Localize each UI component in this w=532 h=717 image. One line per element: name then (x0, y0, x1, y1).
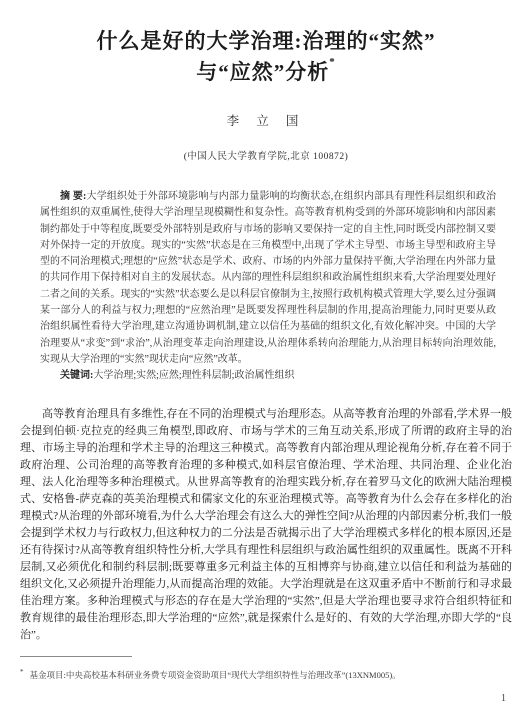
footnote-divider (20, 656, 132, 657)
abstract-label: 摘 要: (60, 191, 86, 202)
keywords-text: 大学治理;实然;应然;理性科层制;政治属性组织 (93, 370, 294, 381)
paper-page: 什么是好的大学治理:治理的“实然” 与“应然”分析* 李 立 国 (中国人民大学… (0, 0, 532, 717)
keywords-paragraph: 关键词:大学治理;实然;应然;理性科层制;政治属性组织 (40, 368, 496, 384)
author-affiliation: (中国人民大学教育学院,北京 100872) (0, 148, 532, 162)
page-number: 1 (501, 693, 506, 704)
footnote-text: 基金项目:中央高校基本科研业务费专项资金资助项目“现代大学组织特性与治理改革”(… (30, 670, 401, 680)
abstract-text: 大学组织处于外部环境影响与内部力量影响的均衡状态,在组织内部具有理性科层组织和政… (40, 191, 496, 365)
title-line-2-text: 与“应然”分析 (196, 60, 329, 84)
abstract-paragraph: 摘 要:大学组织处于外部环境影响与内部力量影响的均衡状态,在组织内部具有理性科层… (40, 189, 496, 368)
body-paragraph: 高等教育治理具有多维性,存在不同的治理模式与治理形态。从高等教育治理的外部看,学… (20, 406, 512, 644)
footnote-area: *基金项目:中央高校基本科研业务费专项资金资助项目“现代大学组织特性与治理改革”… (20, 656, 512, 681)
author-name: 李 立 国 (0, 111, 532, 129)
paper-title: 什么是好的大学治理:治理的“实然” 与“应然”分析* (30, 26, 502, 88)
title-footnote-marker: * (329, 56, 336, 68)
footnote-text-line: *基金项目:中央高校基本科研业务费专项资金资助项目“现代大学组织特性与治理改革”… (20, 666, 512, 681)
abstract-block: 摘 要:大学组织处于外部环境影响与内部力量影响的均衡状态,在组织内部具有理性科层… (40, 189, 496, 385)
footnote-marker: * (20, 668, 24, 676)
title-line-2: 与“应然”分析* (196, 60, 336, 84)
keywords-label: 关键词: (60, 370, 93, 381)
title-line-1: 什么是好的大学治理:治理的“实然” (97, 29, 436, 53)
